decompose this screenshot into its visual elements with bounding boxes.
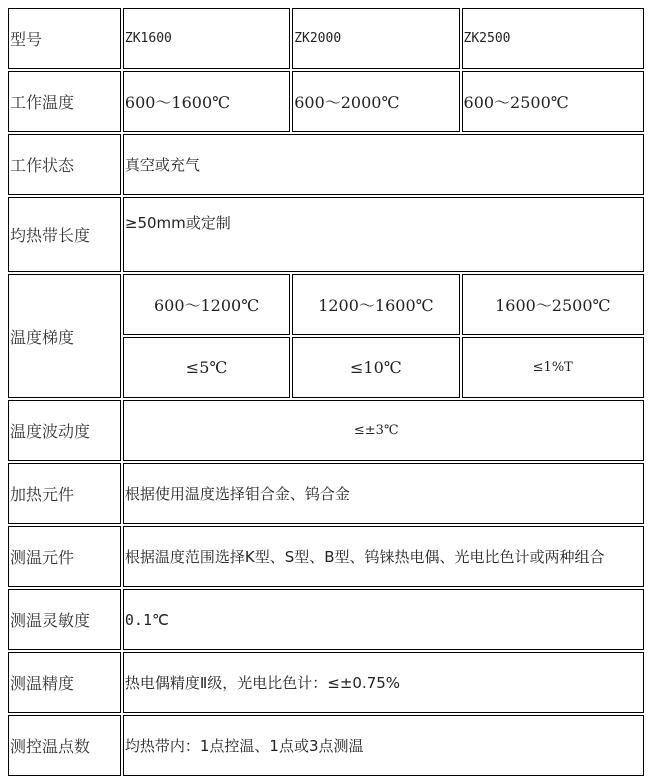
row-label: 加热元件 xyxy=(8,463,121,524)
row-label: 测控温点数 xyxy=(8,715,121,776)
row-label: 均热带长度 xyxy=(8,197,121,272)
gradient-range-cell: 600～1200℃ xyxy=(123,274,290,335)
working-state-value: 真空或充气 xyxy=(123,134,644,195)
table-row-model: 型号 ZK1600 ZK2000 ZK2500 xyxy=(8,8,644,69)
gradient-value-cell: ≤1%T xyxy=(462,337,644,398)
row-label: 工作温度 xyxy=(8,71,121,132)
sensitivity-value: 0.1℃ xyxy=(123,589,644,650)
row-label: 测温元件 xyxy=(8,526,121,587)
working-temp-cell: 600～2500℃ xyxy=(462,71,644,132)
control-points-value: 均热带内：1点控温、1点或3点测温 xyxy=(123,715,644,776)
table-row-working-state: 工作状态 真空或充气 xyxy=(8,134,644,195)
table-row-temperature-sensor: 测温元件 根据温度范围选择K型、S型、B型、钨铼热电偶、光电比色计或两种组合 xyxy=(8,526,644,587)
model-cell: ZK1600 xyxy=(123,8,290,69)
temperature-sensor-value: 根据温度范围选择K型、S型、B型、钨铼热电偶、光电比色计或两种组合 xyxy=(123,526,644,587)
table-row-measurement-sensitivity: 测温灵敏度 0.1℃ xyxy=(8,589,644,650)
table-row-temperature-fluctuation: 温度波动度 ≤±3℃ xyxy=(8,400,644,461)
uniform-zone-value: ≥50mm或定制 xyxy=(123,197,644,272)
gradient-range-cell: 1200～1600℃ xyxy=(292,274,459,335)
table-row-heating-element: 加热元件 根据使用温度选择钼合金、钨合金 xyxy=(8,463,644,524)
table-row-gradient-ranges: 温度梯度 600～1200℃ 1200～1600℃ 1600～2500℃ xyxy=(8,274,644,335)
fluctuation-value: ≤±3℃ xyxy=(123,400,644,461)
working-temp-cell: 600～1600℃ xyxy=(123,71,290,132)
row-label: 温度梯度 xyxy=(8,274,121,398)
heating-element-value: 根据使用温度选择钼合金、钨合金 xyxy=(123,463,644,524)
row-label: 温度波动度 xyxy=(8,400,121,461)
gradient-value-cell: ≤5℃ xyxy=(123,337,290,398)
row-label: 测温精度 xyxy=(8,652,121,713)
row-label: 型号 xyxy=(8,8,121,69)
row-label: 测温灵敏度 xyxy=(8,589,121,650)
table-row-uniform-zone-length: 均热带长度 ≥50mm或定制 xyxy=(8,197,644,272)
spec-table: 型号 ZK1600 ZK2000 ZK2500 工作温度 600～1600℃ 6… xyxy=(6,6,646,778)
gradient-value-cell: ≤10℃ xyxy=(292,337,459,398)
row-label: 工作状态 xyxy=(8,134,121,195)
model-cell: ZK2000 xyxy=(292,8,459,69)
table-row-control-points: 测控温点数 均热带内：1点控温、1点或3点测温 xyxy=(8,715,644,776)
table-row-measurement-accuracy: 测温精度 热电偶精度Ⅱ级，光电比色计：≤±0.75% xyxy=(8,652,644,713)
model-cell: ZK2500 xyxy=(462,8,644,69)
table-row-working-temperature: 工作温度 600～1600℃ 600～2000℃ 600～2500℃ xyxy=(8,71,644,132)
working-temp-cell: 600～2000℃ xyxy=(292,71,459,132)
accuracy-value: 热电偶精度Ⅱ级，光电比色计：≤±0.75% xyxy=(123,652,644,713)
gradient-range-cell: 1600～2500℃ xyxy=(462,274,644,335)
